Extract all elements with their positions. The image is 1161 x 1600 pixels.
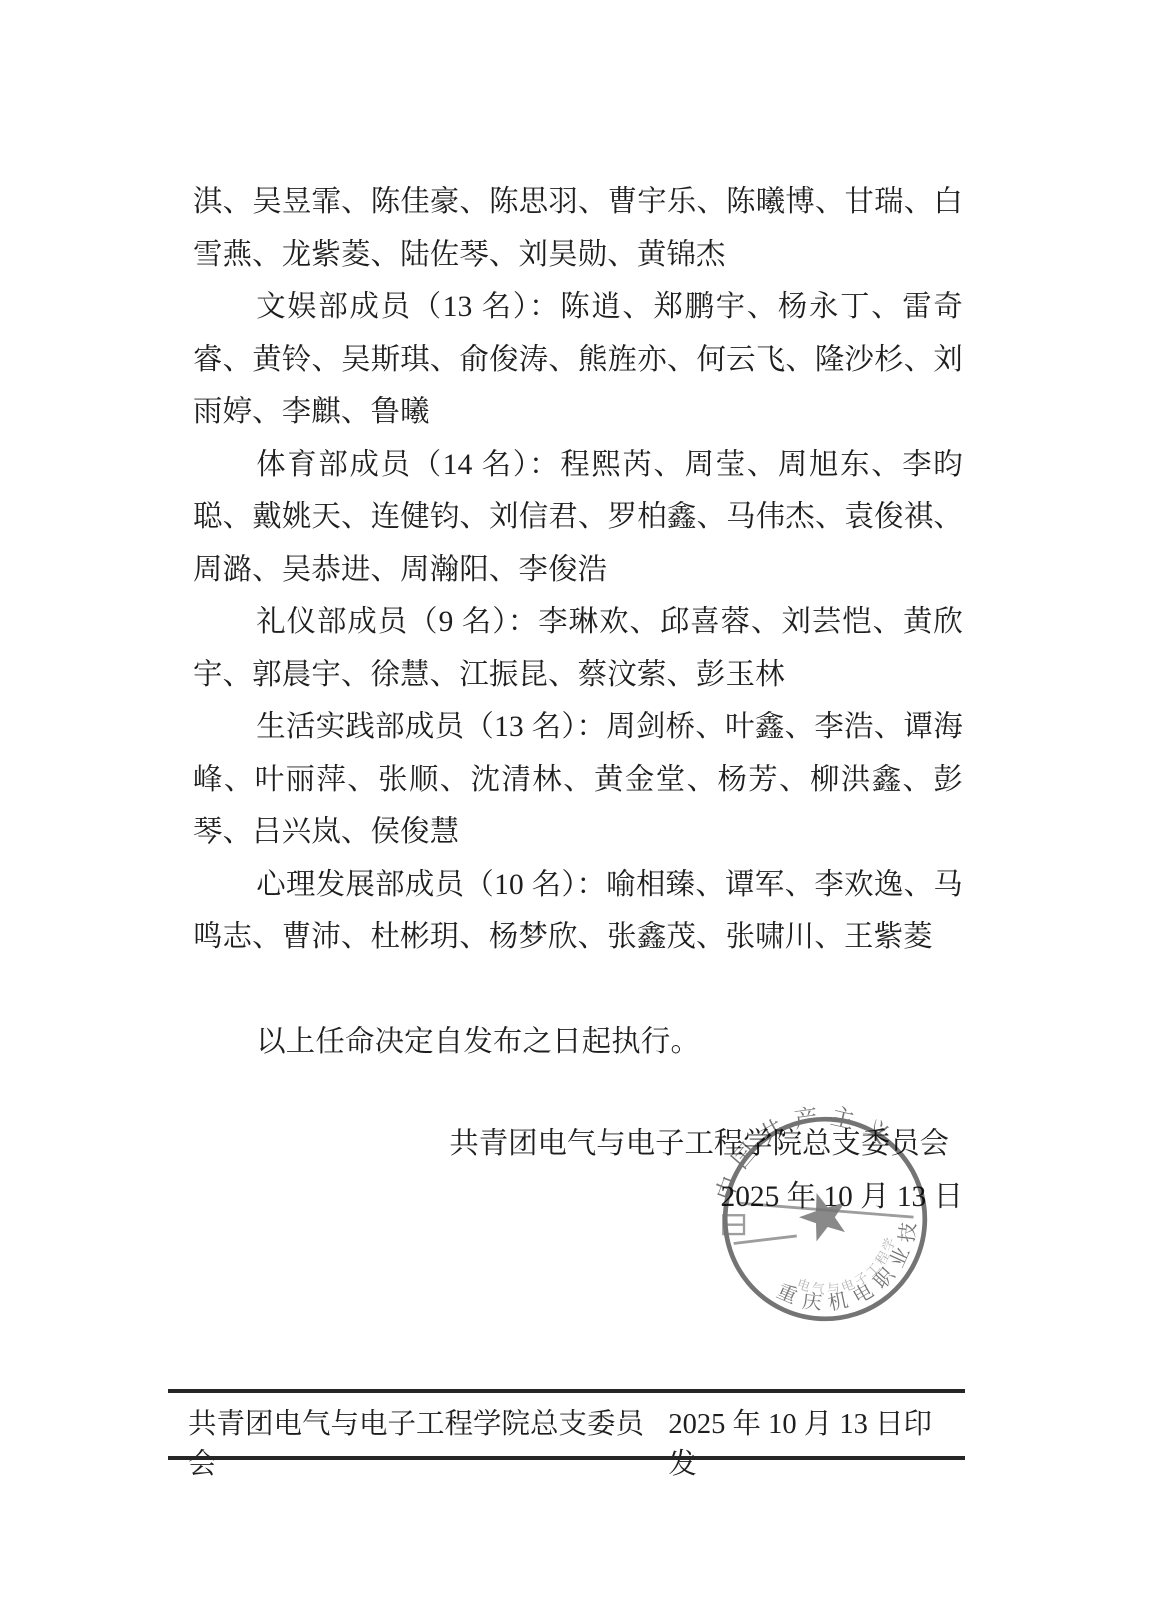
paragraph-liyi-members: 礼仪部成员（9 名）：李琳欢、邱喜蓉、刘芸恺、黄欣宇、郭晨宇、徐慧、江振昆、蔡汶… [193, 596, 963, 701]
document-body-text: 淇、吴昱霏、陈佳豪、陈思羽、曹宇乐、陈曦博、甘瑞、白雪燕、龙紫菱、陆佐琴、刘昊勋… [193, 176, 963, 1069]
paragraph-shenghuo-members: 生活实践部成员（13 名）：周剑桥、叶鑫、李浩、谭海峰、叶丽萍、张顺、沈清林、黄… [193, 701, 963, 859]
footer-rule-top [168, 1389, 965, 1393]
member-list-continuation: 淇、吴昱霏、陈佳豪、陈思羽、曹宇乐、陈曦博、甘瑞、白雪燕、龙紫菱、陆佐琴、刘昊勋… [193, 176, 963, 281]
signature-organization: 共青团电气与电子工程学院总支委员会 [193, 1118, 963, 1171]
signature-date: 2025 年 10 月 13 日 [193, 1171, 963, 1224]
footer-organization: 共青团电气与电子工程学院总支委员会 [188, 1405, 668, 1485]
closing-statement: 以上任命决定自发布之日起执行。 [193, 1016, 963, 1069]
document-page: 淇、吴昱霏、陈佳豪、陈思羽、曹宇乐、陈曦博、甘瑞、白雪燕、龙紫菱、陆佐琴、刘昊勋… [0, 0, 1161, 1600]
paragraph-xinli-members: 心理发展部成员（10 名）：喻相臻、谭军、李欢逸、马鸣志、曹沛、杜彬玥、杨梦欣、… [193, 859, 963, 964]
footer-rule-bottom [168, 1456, 965, 1460]
paragraph-wenyu-members: 文娱部成员（13 名）：陈逍、郑鹏宇、杨永丁、雷奇睿、黄铃、吴斯琪、俞俊涛、熊旌… [193, 281, 963, 439]
footer-print-date: 2025 年 10 月 13 日印发 [668, 1405, 958, 1485]
footer-row: 共青团电气与电子工程学院总支委员会 2025 年 10 月 13 日印发 [188, 1405, 958, 1485]
paragraph-tiyu-members: 体育部成员（14 名）：程熙芮、周莹、周旭东、李昀聪、戴姚天、连健钧、刘信君、罗… [193, 439, 963, 597]
signature-block: 共青团电气与电子工程学院总支委员会 2025 年 10 月 13 日 [193, 1118, 963, 1223]
